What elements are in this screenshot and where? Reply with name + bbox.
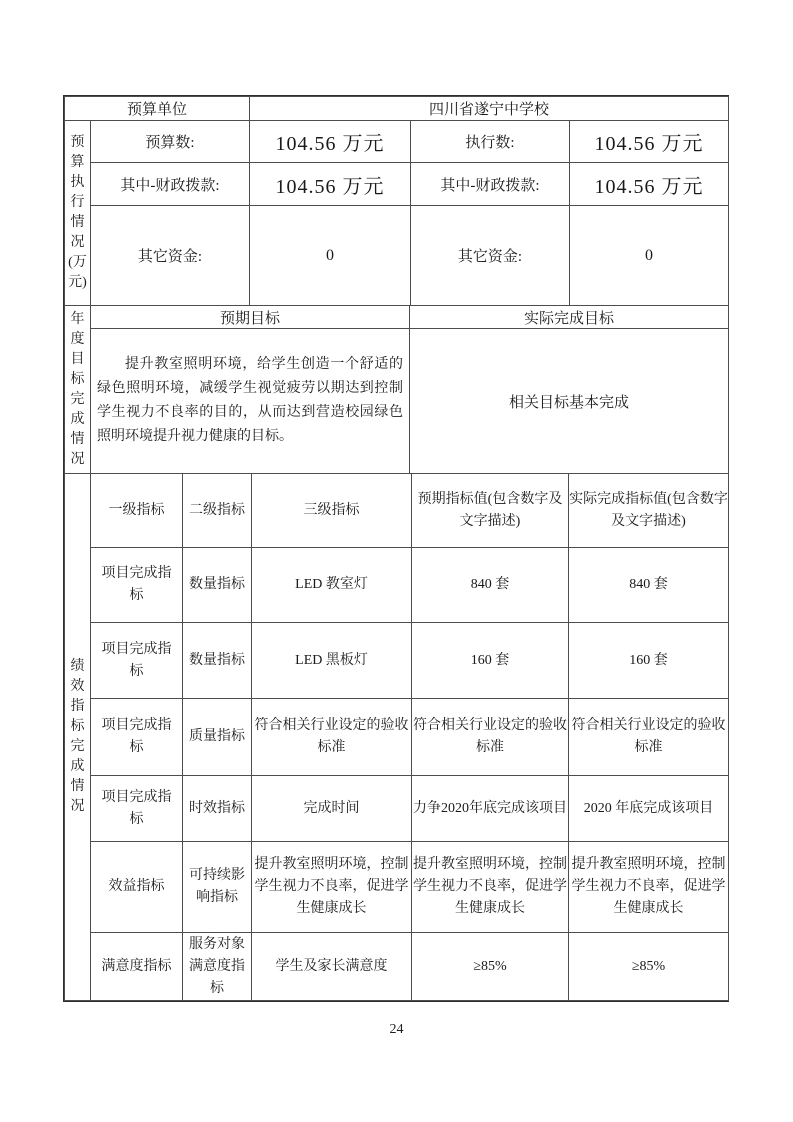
document-page: { "page_number": "24", "budget": { "stri…	[0, 0, 793, 1122]
actual-goal-header-cell: 实际完成目标	[410, 306, 729, 329]
actual-goal-result-cell: 相关目标基本完成	[410, 329, 729, 474]
perf-row: 项目完成指标 质量指标 符合相关行业设定的验收标准 符合相关行业设定的验收标准 …	[65, 699, 729, 776]
expected-goal-header-cell: 预期目标	[91, 306, 410, 329]
perf-row: 效益指标 可持续影响指标 提升教室照明环境，控制学生视力不良率，促进学生健康成长…	[65, 842, 729, 933]
budget-performance-table: 预算单位 四川省遂宁中学校 预算执行情况(万元) 预算数: 104.56 万元 …	[63, 95, 729, 1002]
perf-cell: 满意度指标	[91, 933, 183, 1001]
perf-header-level2-cell: 二级指标	[183, 474, 252, 548]
budget-value-cell: 0	[250, 206, 411, 306]
budget-label-cell: 其它资金:	[91, 206, 250, 306]
budget-value-cell: 104.56 万元	[570, 163, 729, 206]
budget-label-cell: 其它资金:	[411, 206, 570, 306]
perf-cell: 160 套	[569, 623, 729, 699]
perf-cell: 2020 年底完成该项目	[569, 776, 729, 842]
perf-cell: 提升教室照明环境，控制学生视力不良率，促进学生健康成长	[569, 842, 729, 933]
perf-row: 项目完成指标 时效指标 完成时间 力争2020年底完成该项目 2020 年底完成…	[65, 776, 729, 842]
perf-cell: 符合相关行业设定的验收标准	[569, 699, 729, 776]
perf-cell: 数量指标	[183, 548, 252, 623]
perf-cell: 项目完成指标	[91, 699, 183, 776]
perf-cell: ≥85%	[412, 933, 569, 1001]
budget-value-cell: 104.56 万元	[570, 121, 729, 163]
perf-row: 项目完成指标 数量指标 LED 教室灯 840 套 840 套	[65, 548, 729, 623]
perf-cell: 160 套	[412, 623, 569, 699]
performance-strip: 绩效指标完成情况	[65, 474, 91, 1001]
perf-header-level3-cell: 三级指标	[252, 474, 412, 548]
budget-execution-strip: 预算执行情况(万元)	[65, 121, 91, 306]
perf-cell: 服务对象满意度指标	[183, 933, 252, 1001]
perf-header-actual-cell: 实际完成指标值(包含数字及文字描述)	[569, 474, 729, 548]
budget-label-cell: 执行数:	[411, 121, 570, 163]
perf-cell: 力争2020年底完成该项目	[412, 776, 569, 842]
annual-goals-strip: 年度目标完成情况	[65, 306, 91, 474]
perf-cell: 项目完成指标	[91, 548, 183, 623]
perf-cell: 项目完成指标	[91, 623, 183, 699]
expected-goal-text-cell: 提升教室照明环境，给学生创造一个舒适的绿色照明环境，减缓学生视觉疲劳以期达到控制…	[91, 329, 410, 474]
budget-label-cell: 预算数:	[91, 121, 250, 163]
perf-cell: 学生及家长满意度	[252, 933, 412, 1001]
perf-row: 满意度指标 服务对象满意度指标 学生及家长满意度 ≥85% ≥85%	[65, 933, 729, 1001]
annual-goals-section: 年度目标完成情况 预期目标 实际完成目标 提升教室照明环境，给学生创造一个舒适的…	[64, 305, 729, 474]
perf-cell: 840 套	[412, 548, 569, 623]
perf-row: 项目完成指标 数量指标 LED 黑板灯 160 套 160 套	[65, 623, 729, 699]
page-number: 24	[0, 1022, 793, 1038]
budget-value-cell: 0	[570, 206, 729, 306]
perf-cell: 符合相关行业设定的验收标准	[252, 699, 412, 776]
budget-unit-header-cell: 预算单位	[65, 97, 250, 121]
perf-cell: LED 黑板灯	[252, 623, 412, 699]
perf-cell: 提升教室照明环境，控制学生视力不良率，促进学生健康成长	[412, 842, 569, 933]
budget-label-cell: 其中-财政拨款:	[411, 163, 570, 206]
budget-label-cell: 其中-财政拨款:	[91, 163, 250, 206]
perf-cell: 840 套	[569, 548, 729, 623]
perf-cell: 数量指标	[183, 623, 252, 699]
perf-header-expected-cell: 预期指标值(包含数字及文字描述)	[412, 474, 569, 548]
perf-cell: 效益指标	[91, 842, 183, 933]
performance-indicators-section: 绩效指标完成情况 一级指标 二级指标 三级指标 预期指标值(包含数字及文字描述)…	[64, 473, 729, 1001]
budget-execution-section: 预算单位 四川省遂宁中学校 预算执行情况(万元) 预算数: 104.56 万元 …	[64, 96, 729, 306]
budget-value-cell: 104.56 万元	[250, 121, 411, 163]
perf-cell: 时效指标	[183, 776, 252, 842]
perf-cell: LED 教室灯	[252, 548, 412, 623]
perf-cell: 质量指标	[183, 699, 252, 776]
budget-value-cell: 104.56 万元	[250, 163, 411, 206]
perf-cell: ≥85%	[569, 933, 729, 1001]
perf-cell: 可持续影响指标	[183, 842, 252, 933]
perf-cell: 符合相关行业设定的验收标准	[412, 699, 569, 776]
perf-cell: 项目完成指标	[91, 776, 183, 842]
perf-cell: 提升教室照明环境，控制学生视力不良率，促进学生健康成长	[252, 842, 412, 933]
perf-header-level1-cell: 一级指标	[91, 474, 183, 548]
budget-unit-name-cell: 四川省遂宁中学校	[250, 97, 729, 121]
perf-cell: 完成时间	[252, 776, 412, 842]
